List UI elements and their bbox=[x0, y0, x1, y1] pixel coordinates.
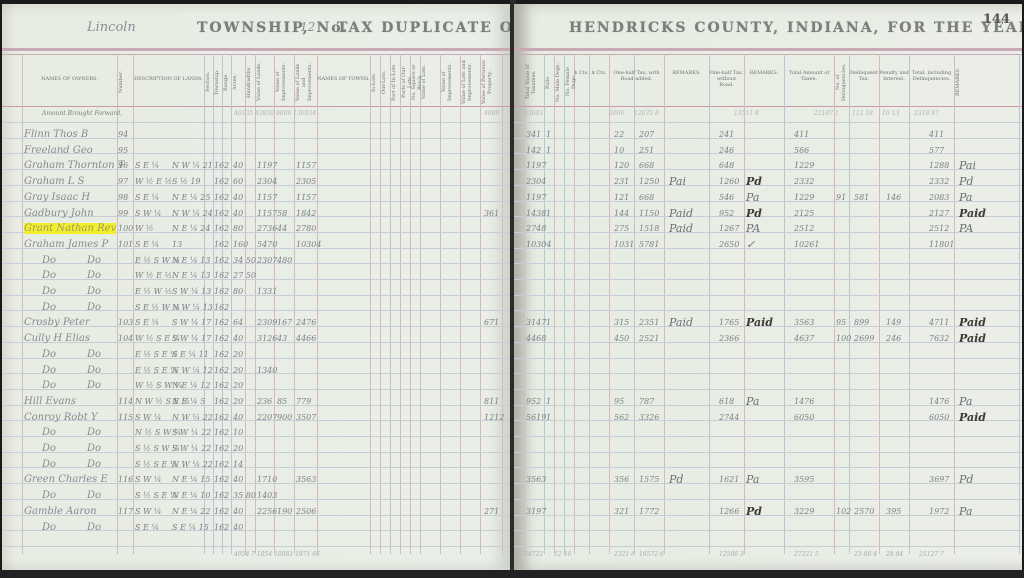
delinquencies: 91 bbox=[836, 193, 846, 202]
land-description: S E ¼ bbox=[135, 161, 159, 170]
half-tax-dollars: 562 bbox=[614, 413, 629, 422]
parcel-number: 96 bbox=[118, 161, 128, 170]
section: N E ¼ 15 bbox=[172, 475, 210, 484]
table-row: Gray Isaac H98S E ¼N E ¼ 251624011571157 bbox=[2, 192, 508, 207]
total-taxables: 10304 bbox=[526, 240, 551, 249]
owner-name: Grant Nathan Rev bbox=[24, 223, 116, 234]
personal-property: 1212 bbox=[484, 413, 504, 422]
column-header: REMARKS. bbox=[744, 70, 784, 76]
owner-ditto: Do bbox=[87, 522, 101, 533]
owner-name: Do bbox=[42, 522, 56, 533]
penalty-interest: 246 bbox=[886, 334, 901, 343]
total-taxables: 1197 bbox=[526, 161, 546, 170]
footer-total: 34722 bbox=[524, 551, 543, 558]
value-of-improvements: 190 bbox=[277, 507, 292, 516]
owner-name: Crosby Peter bbox=[24, 317, 90, 328]
section: N E ¼ 24 bbox=[172, 224, 210, 233]
section: N W ¼ 22 bbox=[172, 460, 213, 469]
total-incl-delinquencies: 1972 bbox=[929, 507, 949, 516]
carried-forward-value: 2066 bbox=[609, 110, 624, 117]
table-row bbox=[514, 286, 1020, 301]
acres: 14 bbox=[233, 460, 243, 469]
parcel-number: 103 bbox=[118, 318, 133, 327]
range: 2 bbox=[224, 491, 229, 500]
penalty-interest: 146 bbox=[886, 193, 901, 202]
parcel-number: 101 bbox=[118, 240, 133, 249]
section: N E ¼ 13 bbox=[172, 256, 210, 265]
table-row: 35633561575Pd1621Pa35953697Pd bbox=[514, 474, 1020, 489]
total-incl-delinquencies: 1288 bbox=[929, 161, 949, 170]
total-taxes: 2332 bbox=[794, 177, 814, 186]
value-of-lands: 1157 bbox=[257, 193, 277, 202]
section: S ½ 19 bbox=[172, 177, 201, 186]
township: 16 bbox=[214, 523, 224, 532]
table-row: Graham L S97W ½ E ½S ½ 191626023042305 bbox=[2, 176, 508, 191]
land-description: W ½ bbox=[135, 224, 154, 233]
footer-total: 16572 6 bbox=[639, 551, 664, 558]
township: 16 bbox=[214, 209, 224, 218]
owner-name: Green Charles E bbox=[24, 474, 108, 485]
total-taxes: 4637 bbox=[794, 334, 814, 343]
footer-total: 27221 5 bbox=[794, 551, 819, 558]
delinquent-tax: 899 bbox=[854, 318, 869, 327]
township: 16 bbox=[214, 318, 224, 327]
value-lands-improvements: 2476 bbox=[296, 318, 316, 327]
left-title: TAX DUPLICATE OF bbox=[337, 20, 512, 36]
delinquencies: 102 bbox=[836, 507, 851, 516]
acres: 60 bbox=[233, 177, 243, 186]
table-row bbox=[514, 270, 1020, 285]
range: 2 bbox=[224, 287, 229, 296]
value-lands-improvements: 1157 bbox=[296, 161, 316, 170]
land-description: W ½ E ½ bbox=[135, 177, 172, 186]
table-row: DoDoS E ¼S E ¼ 1516240 bbox=[2, 522, 508, 537]
value-of-lands: 1157 bbox=[257, 209, 277, 218]
township: 16 bbox=[214, 350, 224, 359]
half-tax-no-road: 2366 bbox=[719, 334, 739, 343]
table-row: 142110251246566577 bbox=[514, 145, 1020, 160]
remark: Paid bbox=[669, 207, 693, 220]
remark: Paid bbox=[959, 207, 986, 220]
owner-name: Cully H Elias bbox=[24, 333, 90, 344]
half-tax-dollars: 1031 bbox=[614, 240, 634, 249]
personal-property: 671 bbox=[484, 318, 499, 327]
land-description: S W ¼ bbox=[135, 209, 162, 218]
row-rule bbox=[2, 122, 510, 123]
footer-total: 12 16 bbox=[554, 551, 571, 558]
value-of-lands: 1710 bbox=[257, 475, 277, 484]
range: 2 bbox=[224, 303, 229, 312]
header-rule bbox=[514, 106, 1022, 107]
value-lands-improvements: 3563 bbox=[296, 475, 316, 484]
column-header: NAMES OF OWNERS. bbox=[22, 76, 117, 82]
township: 16 bbox=[214, 271, 224, 280]
value-of-lands: 2207 bbox=[257, 413, 277, 422]
total-taxes: 2512 bbox=[794, 224, 814, 233]
remark: Paid bbox=[959, 411, 986, 424]
remark: Paid bbox=[959, 316, 986, 329]
section: N W ¼ 22 bbox=[172, 413, 213, 422]
value-of-lands: 2309 bbox=[257, 318, 277, 327]
footer-total: 28 84 bbox=[886, 551, 903, 558]
remark: Paid bbox=[669, 316, 693, 329]
table-row: DoDoE ½ S W ¼N E ¼ 1316234 502307480 bbox=[2, 255, 508, 270]
remark: Paid bbox=[746, 316, 773, 329]
header-rule bbox=[2, 106, 510, 107]
remark: Pa bbox=[959, 191, 972, 204]
column-header: In-Lots. bbox=[371, 60, 379, 104]
acres: 20 bbox=[233, 397, 243, 406]
column-header: Range. bbox=[223, 60, 230, 104]
half-tax-no-road: 1765 bbox=[719, 318, 739, 327]
half-tax-road: 787 bbox=[639, 397, 654, 406]
value-of-improvements: 43 bbox=[277, 334, 287, 343]
land-description: S W ¼ bbox=[135, 507, 162, 516]
township-label: TOWNSHIP, No. bbox=[197, 20, 349, 36]
half-tax-no-road: 618 bbox=[719, 397, 734, 406]
parcel-number: 100 bbox=[118, 224, 133, 233]
owner-name: Do bbox=[42, 286, 56, 297]
total-incl-delinquencies: 11801 bbox=[929, 240, 954, 249]
township: 16 bbox=[214, 366, 224, 375]
total-taxables: 1197 bbox=[526, 193, 546, 202]
column-header: One-half Tax, without Road. bbox=[709, 70, 744, 88]
half-tax-dollars: 120 bbox=[614, 161, 629, 170]
column-header: No. of Delinquencies. bbox=[835, 60, 848, 104]
table-row: 1197121668546Pa1229915811462083Pa bbox=[514, 192, 1020, 207]
acres: 40 bbox=[233, 161, 243, 170]
remark: Pd bbox=[746, 207, 762, 220]
half-tax-dollars: 231 bbox=[614, 177, 629, 186]
section: S E ¼ 11 bbox=[172, 350, 209, 359]
owner-ditto: Do bbox=[87, 255, 101, 266]
right-page: HENDRICKS COUNTY, INDIANA, FOR THE YEAR … bbox=[514, 4, 1022, 570]
remark: Pd bbox=[746, 175, 762, 188]
column-header: Part of In-Lots. bbox=[391, 60, 399, 104]
acres: 64 bbox=[233, 318, 243, 327]
polls: 1 bbox=[546, 413, 551, 422]
total-taxes: 566 bbox=[794, 146, 809, 155]
column-header: NAMES OF TOWNS. bbox=[317, 76, 370, 82]
township: 16 bbox=[214, 444, 224, 453]
owner-name: Do bbox=[42, 270, 56, 281]
carried-forward-value: 12075 8 bbox=[634, 110, 659, 117]
section: N E ¼ 5 bbox=[172, 397, 205, 406]
half-tax-no-road: 2744 bbox=[719, 413, 739, 422]
table-row: Gadbury John99S W ¼N W ¼ 241624011575818… bbox=[2, 208, 508, 223]
half-tax-dollars: 275 bbox=[614, 224, 629, 233]
range: 2 bbox=[224, 224, 229, 233]
half-tax-dollars: 95 bbox=[614, 397, 624, 406]
acres: 27 50 bbox=[233, 271, 256, 280]
owner-name: Do bbox=[42, 349, 56, 360]
value-of-lands: 1340 bbox=[257, 366, 277, 375]
column-header: Number. bbox=[118, 60, 132, 104]
half-tax-road: 3326 bbox=[639, 413, 659, 422]
carried-forward-value: 53683 bbox=[524, 110, 543, 117]
table-row: DoDoE ½ S E ¼N W ¼ 12162201340 bbox=[2, 365, 508, 380]
acres: 20 bbox=[233, 350, 243, 359]
section: N E ¼ 22 bbox=[172, 507, 210, 516]
total-taxes: 10261 bbox=[794, 240, 819, 249]
remark: Paid bbox=[669, 222, 693, 235]
value-lands-improvements: 779 bbox=[296, 397, 311, 406]
table-row: Graham James P101S E ¼13162160547010304 bbox=[2, 239, 508, 254]
table-row: DoDoS ½ S E ¼N E ¼ 1016235 801403 bbox=[2, 490, 508, 505]
value-lands-improvements: 2780 bbox=[296, 224, 316, 233]
township: 16 bbox=[214, 193, 224, 202]
carried-forward-value: 13511 8 bbox=[734, 110, 759, 117]
footer-total: 23 88 4 bbox=[854, 551, 877, 558]
section: S E ¼ 15 bbox=[172, 523, 209, 532]
range: 2 bbox=[224, 428, 229, 437]
half-tax-dollars: 22 bbox=[614, 130, 624, 139]
owner-name: Hill Evans bbox=[24, 396, 76, 407]
polls: 1 bbox=[546, 397, 551, 406]
section: N W ¼ 13 bbox=[172, 303, 213, 312]
remark: Pa bbox=[959, 395, 972, 408]
owner-name: Gamble Aaron bbox=[24, 506, 97, 517]
township: 16 bbox=[214, 287, 224, 296]
total-taxables: 4468 bbox=[526, 334, 546, 343]
half-tax-road: 251 bbox=[639, 146, 654, 155]
column-header: Value of Lands. bbox=[256, 60, 273, 104]
table-row bbox=[514, 427, 1020, 442]
column-header: Value of Improvements. bbox=[441, 60, 459, 104]
range: 2 bbox=[224, 381, 229, 390]
table-row: 119712066864812291288Pai bbox=[514, 160, 1020, 175]
range: 2 bbox=[224, 161, 229, 170]
personal-property: 271 bbox=[484, 507, 499, 516]
owner-ditto: Do bbox=[87, 302, 101, 313]
table-row bbox=[514, 255, 1020, 270]
value-of-lands: 3126 bbox=[257, 334, 277, 343]
book-edge bbox=[0, 570, 1024, 578]
range: 2 bbox=[224, 475, 229, 484]
header-rule bbox=[2, 54, 510, 55]
half-tax-road: 5781 bbox=[639, 240, 659, 249]
value-of-lands: 1197 bbox=[257, 161, 277, 170]
owner-ditto: Do bbox=[87, 286, 101, 297]
remark: Pd bbox=[669, 473, 683, 486]
column-header: Section. bbox=[205, 60, 212, 104]
total-taxes: 1476 bbox=[794, 397, 814, 406]
polls: 1 bbox=[546, 130, 551, 139]
total-taxes: 1229 bbox=[794, 193, 814, 202]
total-taxes: 3595 bbox=[794, 475, 814, 484]
township: 16 bbox=[214, 177, 224, 186]
table-row: Grant Nathan Rev100W ½N E ¼ 241628027364… bbox=[2, 223, 508, 238]
owner-name: Gray Isaac H bbox=[24, 192, 90, 203]
owner-name: Do bbox=[42, 380, 56, 391]
half-tax-dollars: 450 bbox=[614, 334, 629, 343]
range: 2 bbox=[224, 350, 229, 359]
footer-total: 25127 7 bbox=[919, 551, 944, 558]
column-header: Value of Lands and Improvements. bbox=[295, 60, 316, 104]
land-description: S E ¼ bbox=[135, 240, 159, 249]
value-of-lands: 2307 bbox=[257, 256, 277, 265]
delinquent-tax: 2699 bbox=[854, 334, 874, 343]
personal-property: 811 bbox=[484, 397, 499, 406]
section: S W ¼ 17 bbox=[172, 318, 211, 327]
parcel-number: 95 bbox=[118, 146, 128, 155]
half-tax-no-road: 241 bbox=[719, 130, 734, 139]
delinquencies: 95 bbox=[836, 318, 846, 327]
table-row bbox=[514, 443, 1020, 458]
owner-name: Freeland Geo bbox=[24, 145, 93, 156]
column-header: Out-Lots. bbox=[381, 60, 389, 104]
total-taxes: 1229 bbox=[794, 161, 814, 170]
range: 2 bbox=[224, 523, 229, 532]
value-lands-improvements: 4466 bbox=[296, 334, 316, 343]
total-taxables: 5619 bbox=[526, 413, 546, 422]
township: 16 bbox=[214, 460, 224, 469]
total-taxes: 3229 bbox=[794, 507, 814, 516]
parcel-number: 97 bbox=[118, 177, 128, 186]
owner-name: Do bbox=[42, 302, 56, 313]
range: 2 bbox=[224, 334, 229, 343]
land-description: S E ¼ bbox=[135, 318, 159, 327]
half-tax-no-road: 1621 bbox=[719, 475, 739, 484]
total-taxables: 3197 bbox=[526, 507, 546, 516]
column-header: REMARKS. bbox=[664, 70, 709, 76]
range: 2 bbox=[224, 366, 229, 375]
table-row bbox=[514, 365, 1020, 380]
column-header: Value of Lots and Improvements. bbox=[461, 60, 479, 104]
column-header: No. Male Dogs. bbox=[555, 60, 563, 104]
total-incl-delinquencies: 4711 bbox=[929, 318, 949, 327]
acres: 40 bbox=[233, 209, 243, 218]
owner-name: Do bbox=[42, 443, 56, 454]
range: 2 bbox=[224, 413, 229, 422]
range: 2 bbox=[224, 318, 229, 327]
acres: 10 bbox=[233, 428, 243, 437]
section: N W ¼ 21 bbox=[172, 161, 213, 170]
value-lands-improvements: 3507 bbox=[296, 413, 316, 422]
column-header: Acres. bbox=[232, 60, 244, 104]
section: N E ¼ 10 bbox=[172, 491, 210, 500]
value-of-lands: 2256 bbox=[257, 507, 277, 516]
owner-ditto: Do bbox=[87, 443, 101, 454]
half-tax-no-road: 2650 bbox=[719, 240, 739, 249]
column-header: Delinquent Tax. bbox=[849, 70, 879, 82]
table-row: 319732117721266Pd322910225703951972Pa bbox=[514, 506, 1020, 521]
column-header: $ Cts. bbox=[589, 70, 609, 76]
table-row: DoDoE ½ W ½S W ¼ 13162801331 bbox=[2, 286, 508, 301]
total-incl-delinquencies: 3697 bbox=[929, 475, 949, 484]
table-row: Crosby Peter103S E ¼S W ¼ 17162642309167… bbox=[2, 317, 508, 332]
half-tax-road: 1150 bbox=[639, 209, 659, 218]
total-taxables: 1438 bbox=[526, 209, 546, 218]
half-tax-road: 1250 bbox=[639, 177, 659, 186]
total-taxables: 952 bbox=[526, 397, 541, 406]
acres: 40 bbox=[233, 193, 243, 202]
table-row: DoDoW ½ E ½N E ¼ 1316227 50 bbox=[2, 270, 508, 285]
value-lands-improvements: 2305 bbox=[296, 177, 316, 186]
section: 13 bbox=[172, 240, 182, 249]
row-rule bbox=[514, 546, 1022, 547]
header-rule bbox=[514, 48, 1022, 51]
land-description: S W ¼ bbox=[135, 413, 162, 422]
penalty-interest: 395 bbox=[886, 507, 901, 516]
owner-name: Do bbox=[42, 427, 56, 438]
table-row bbox=[514, 522, 1020, 537]
section: N W ¼ 24 bbox=[172, 209, 213, 218]
owner-name: Do bbox=[42, 459, 56, 470]
carried-forward-value: 2318 97 bbox=[914, 110, 939, 117]
column-header: $ Cts. bbox=[574, 70, 589, 76]
column-header: Penalty and Interest. bbox=[879, 70, 909, 82]
acres: 20 bbox=[233, 444, 243, 453]
half-tax-dollars: 356 bbox=[614, 475, 629, 484]
acres: 35 80 bbox=[233, 491, 256, 500]
half-tax-no-road: 246 bbox=[719, 146, 734, 155]
polls: 1 bbox=[546, 209, 551, 218]
table-row: DoDoS ½ S W ¼S W ¼ 2216220 bbox=[2, 443, 508, 458]
remark: Pd bbox=[959, 473, 973, 486]
column-header: Total Value of Taxables. bbox=[525, 60, 543, 104]
acres: 80 bbox=[233, 224, 243, 233]
personal-property: 361 bbox=[484, 209, 499, 218]
parcel-number: 104 bbox=[118, 334, 133, 343]
township: 16 bbox=[214, 491, 224, 500]
total-taxables: 2748 bbox=[526, 224, 546, 233]
total-taxables: 341 bbox=[526, 130, 541, 139]
land-description: S W ¼ bbox=[135, 475, 162, 484]
value-of-lands: 1403 bbox=[257, 491, 277, 500]
owner-ditto: Do bbox=[87, 380, 101, 391]
column-header: Polls. bbox=[545, 60, 553, 104]
carried-forward-left: 46135 43930 9006 130934 bbox=[234, 110, 316, 117]
total-incl-delinquencies: 2512 bbox=[929, 224, 949, 233]
half-tax-dollars: 144 bbox=[614, 209, 629, 218]
table-row: 314713152351Paid1765Paid3563958991494711… bbox=[514, 317, 1020, 332]
half-tax-no-road: 1266 bbox=[719, 507, 739, 516]
table-row: DoDoE ½ S E ¼S E ¼ 1116220 bbox=[2, 349, 508, 364]
section: N E ¼ 25 bbox=[172, 193, 210, 202]
remark: Pa bbox=[746, 395, 759, 408]
table-row: 446845025212366463710026992467632Paid bbox=[514, 333, 1020, 348]
range: 2 bbox=[224, 193, 229, 202]
total-taxables: 2304 bbox=[526, 177, 546, 186]
column-header: DESCRIPTION OF LANDS. bbox=[133, 76, 204, 82]
township: 16 bbox=[214, 413, 224, 422]
owner-name: Do bbox=[42, 255, 56, 266]
owner-name: Do bbox=[42, 490, 56, 501]
total-incl-delinquencies: 2127 bbox=[929, 209, 949, 218]
table-row: Freeland Geo95 bbox=[2, 145, 508, 160]
value-of-improvements: 900 bbox=[277, 413, 292, 422]
carried-forward-value: 22187 1 bbox=[814, 110, 839, 117]
half-tax-road: 668 bbox=[639, 161, 654, 170]
half-tax-road: 2351 bbox=[639, 318, 659, 327]
half-tax-road: 1772 bbox=[639, 507, 659, 516]
range: 2 bbox=[224, 256, 229, 265]
remark: PA bbox=[959, 222, 973, 235]
acres: 40 bbox=[233, 334, 243, 343]
owner-name: Graham Thornton T bbox=[24, 160, 124, 171]
section: S W ¼ 13 bbox=[172, 287, 211, 296]
total-incl-delinquencies: 411 bbox=[929, 130, 944, 139]
owner-name: Graham L S bbox=[24, 176, 84, 187]
total-incl-delinquencies: 7632 bbox=[929, 334, 949, 343]
half-tax-road: 207 bbox=[639, 130, 654, 139]
owner-ditto: Do bbox=[87, 270, 101, 281]
remark: PA bbox=[746, 222, 760, 235]
land-description: W ½ E ½ bbox=[135, 271, 172, 280]
table-row bbox=[514, 349, 1020, 364]
value-lands-improvements: 2506 bbox=[296, 507, 316, 516]
